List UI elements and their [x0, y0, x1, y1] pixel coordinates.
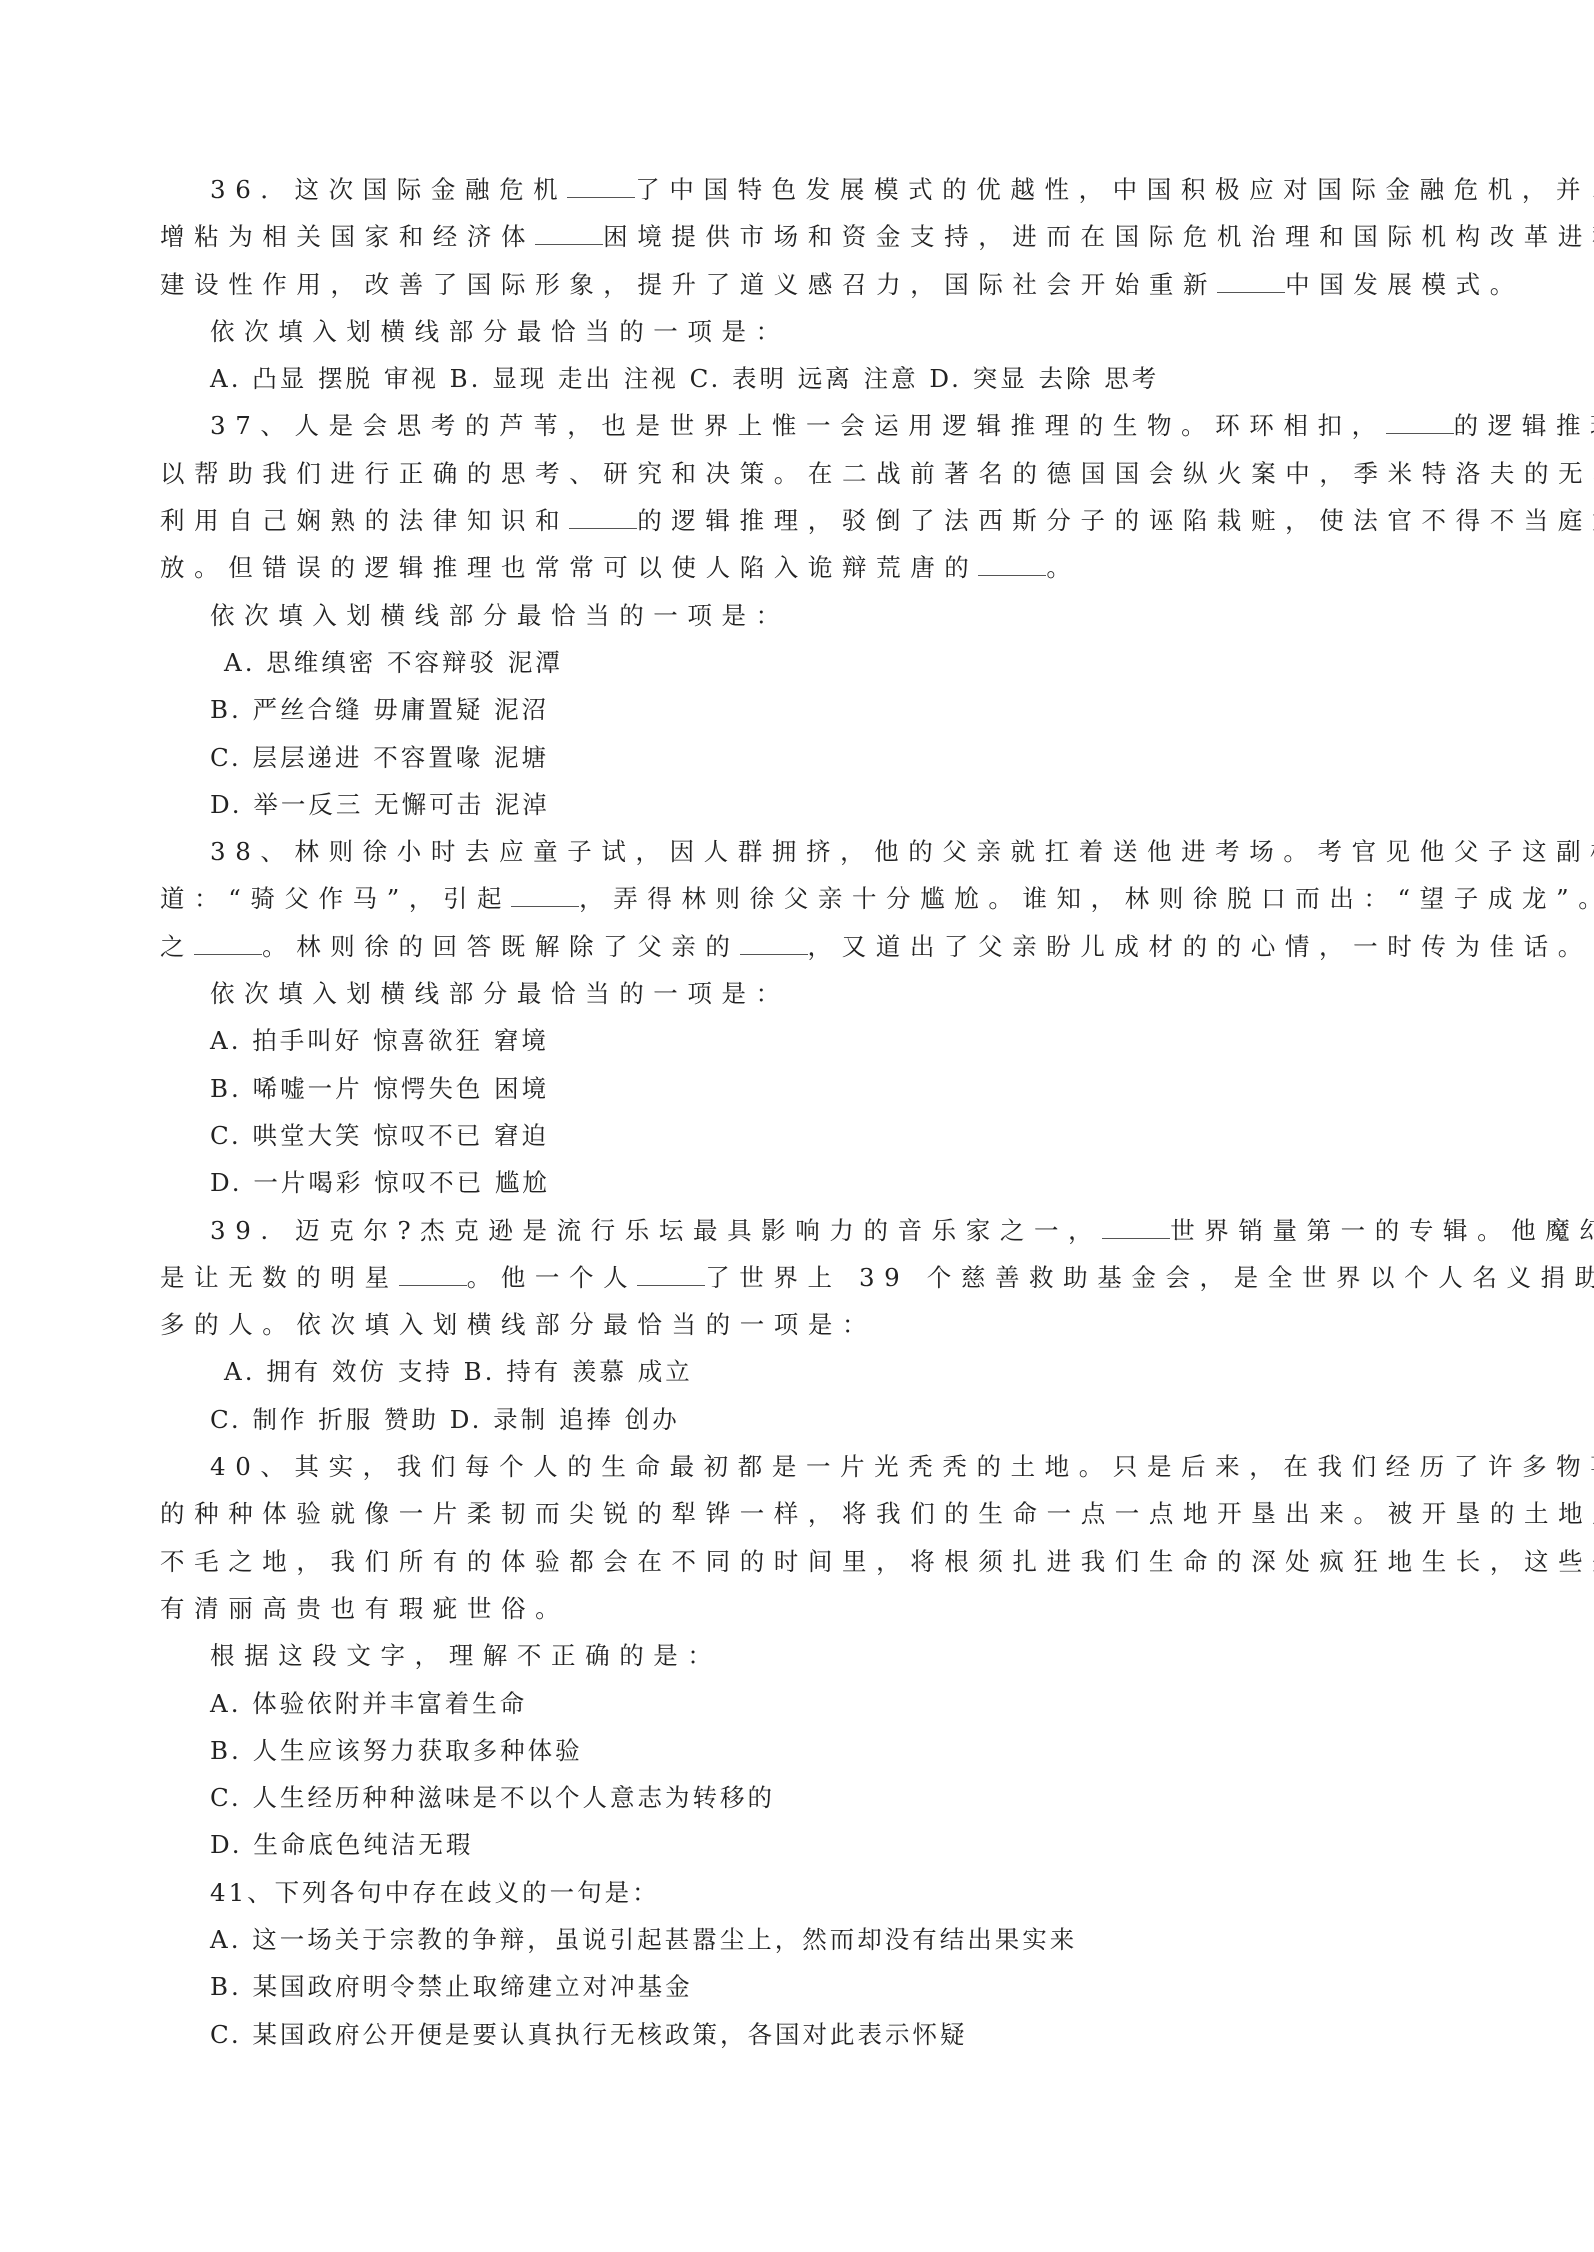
option-b: B. 某国政府明令禁止取缔建立对冲基金 — [160, 1963, 1432, 2010]
fill-blank — [637, 1263, 705, 1286]
question-38: 38、林则徐小时去应童子试，因人群拥挤，他的父亲就扛着送他进考场。考官见他父子这… — [160, 828, 1432, 1206]
question-stem-line: 建设性作用，改善了国际形象，提升了道义感召力，国际社会开始重新中国发展模式。 — [160, 261, 1432, 308]
option-c: C. 层层递进 不容置喙 泥塘 — [160, 734, 1432, 781]
fill-blank — [1217, 270, 1285, 293]
option-b: B. 唏嘘一片 惊愕失色 困境 — [160, 1065, 1432, 1112]
question-stem-line: 39. 迈克尔?杰克逊是流行乐坛最具影响力的音乐家之一，世界销量第一的专辑。他魔… — [160, 1207, 1432, 1254]
question-stem-line: 不毛之地，我们所有的体验都会在不同的时间里，将根须扎进我们生命的深处疯狂地生长，… — [160, 1538, 1432, 1585]
question-39: 39. 迈克尔?杰克逊是流行乐坛最具影响力的音乐家之一，世界销量第一的专辑。他魔… — [160, 1207, 1432, 1443]
question-stem-line: 38、林则徐小时去应童子试，因人群拥挤，他的父亲就扛着送他进考场。考官见他父子这… — [160, 828, 1432, 875]
question-prompt: 根据这段文字，理解不正确的是： — [160, 1632, 1432, 1679]
question-stem-line: 以帮助我们进行正确的思考、研究和决策。在二战前著名的德国国会纵火案中，季米特洛夫… — [160, 450, 1432, 497]
fill-blank — [740, 932, 808, 955]
fill-blank — [569, 506, 637, 529]
question-stem-line: 40、其实，我们每个人的生命最初都是一片光秃秃的土地。只是后来，在我们经历了许多… — [160, 1443, 1432, 1490]
answer-options: A. 凸显 摆脱 审视 B. 显现 走出 注视 C. 表明 远离 注意 D. 突… — [160, 355, 1432, 402]
option-c: C. 某国政府公开便是要认真执行无核政策，各国对此表示怀疑 — [160, 2011, 1432, 2058]
question-stem-line: 多的人。依次填入划横线部分最恰当的一项是： — [160, 1301, 1432, 1348]
fill-blank — [1102, 1216, 1170, 1239]
fill-blank — [978, 553, 1046, 576]
fill-blank — [511, 884, 579, 907]
question-prompt: 依次填入划横线部分最恰当的一项是： — [160, 970, 1432, 1017]
question-stem-line: 有清丽高贵也有瑕疵世俗。 — [160, 1585, 1432, 1632]
question-stem-line: 增粘为相关国家和经济体困境提供市场和资金支持，进而在国际危机治理和国际机构改革进… — [160, 213, 1432, 260]
fill-blank — [1386, 411, 1454, 434]
question-stem-line: 36．这次国际金融危机了中国特色发展模式的优越性，中国积极应对国际金融危机，并以… — [160, 166, 1432, 213]
option-b: B. 人生应该努力获取多种体验 — [160, 1727, 1432, 1774]
option-a: A. 这一场关于宗教的争辩，虽说引起甚嚣尘上，然而却没有结出果实来 — [160, 1916, 1432, 1963]
option-d: D. 一片喝彩 惊叹不已 尴尬 — [160, 1159, 1432, 1206]
question-stem-line: 41、下列各句中存在歧义的一句是： — [160, 1869, 1432, 1916]
option-b: B. 严丝合缝 毋庸置疑 泥沼 — [160, 686, 1432, 733]
fill-blank — [567, 175, 635, 198]
option-d: D. 生命底色纯洁无瑕 — [160, 1821, 1432, 1868]
options-row-ab: A. 拥有 效仿 支持 B. 持有 羡慕 成立 — [160, 1348, 1432, 1395]
option-a: A. 拍手叫好 惊喜欲狂 窘境 — [160, 1017, 1432, 1064]
fill-blank — [194, 932, 262, 955]
options-row-cd: C. 制作 折服 赞助 D. 录制 追捧 创办 — [160, 1396, 1432, 1443]
option-c: C. 人生经历种种滋味是不以个人意志为转移的 — [160, 1774, 1432, 1821]
question-41: 41、下列各句中存在歧义的一句是： A. 这一场关于宗教的争辩，虽说引起甚嚣尘上… — [160, 1869, 1432, 2058]
option-a: A. 体验依附并丰富着生命 — [160, 1680, 1432, 1727]
fill-blank — [399, 1263, 467, 1286]
question-36: 36．这次国际金融危机了中国特色发展模式的优越性，中国积极应对国际金融危机，并以… — [160, 166, 1432, 402]
exam-page: 36．这次国际金融危机了中国特色发展模式的优越性，中国积极应对国际金融危机，并以… — [160, 166, 1432, 2058]
fill-blank — [535, 222, 603, 245]
question-stem-line: 是让无数的明星。他一个人了世界上 39 个慈善救助基金会，是全世界以个人名义捐助… — [160, 1254, 1432, 1301]
question-prompt: 依次填入划横线部分最恰当的一项是： — [160, 308, 1432, 355]
question-prompt: 依次填入划横线部分最恰当的一项是： — [160, 592, 1432, 639]
option-d: D. 举一反三 无懈可击 泥淖 — [160, 781, 1432, 828]
question-stem-line: 道：“骑父作马”，引起，弄得林则徐父亲十分尴尬。谁知，林则徐脱口而出：“望子成龙… — [160, 875, 1432, 922]
question-37: 37、人是会思考的芦苇，也是世界上惟一会运用逻辑推理的生物。环环相扣，的逻辑推理… — [160, 402, 1432, 828]
question-stem-line: 之。林则徐的回答既解除了父亲的，又道出了父亲盼儿成材的的心情，一时传为佳话。 — [160, 923, 1432, 970]
question-stem-line: 放。但错误的逻辑推理也常常可以使人陷入诡辩荒唐的。 — [160, 544, 1432, 591]
option-c: C. 哄堂大笑 惊叹不已 窘迫 — [160, 1112, 1432, 1159]
question-stem-line: 37、人是会思考的芦苇，也是世界上惟一会运用逻辑推理的生物。环环相扣，的逻辑推理… — [160, 402, 1432, 449]
question-stem-line: 利用自己娴熟的法律知识和的逻辑推理，驳倒了法西斯分子的诬陷栽赃，使法官不得不当庭… — [160, 497, 1432, 544]
question-stem-line: 的种种体验就像一片柔韧而尖锐的犁铧一样，将我们的生命一点一点地开垦出来。被开垦的… — [160, 1490, 1432, 1537]
option-a: A. 思维缜密 不容辩驳 泥潭 — [160, 639, 1432, 686]
question-40: 40、其实，我们每个人的生命最初都是一片光秃秃的土地。只是后来，在我们经历了许多… — [160, 1443, 1432, 1869]
